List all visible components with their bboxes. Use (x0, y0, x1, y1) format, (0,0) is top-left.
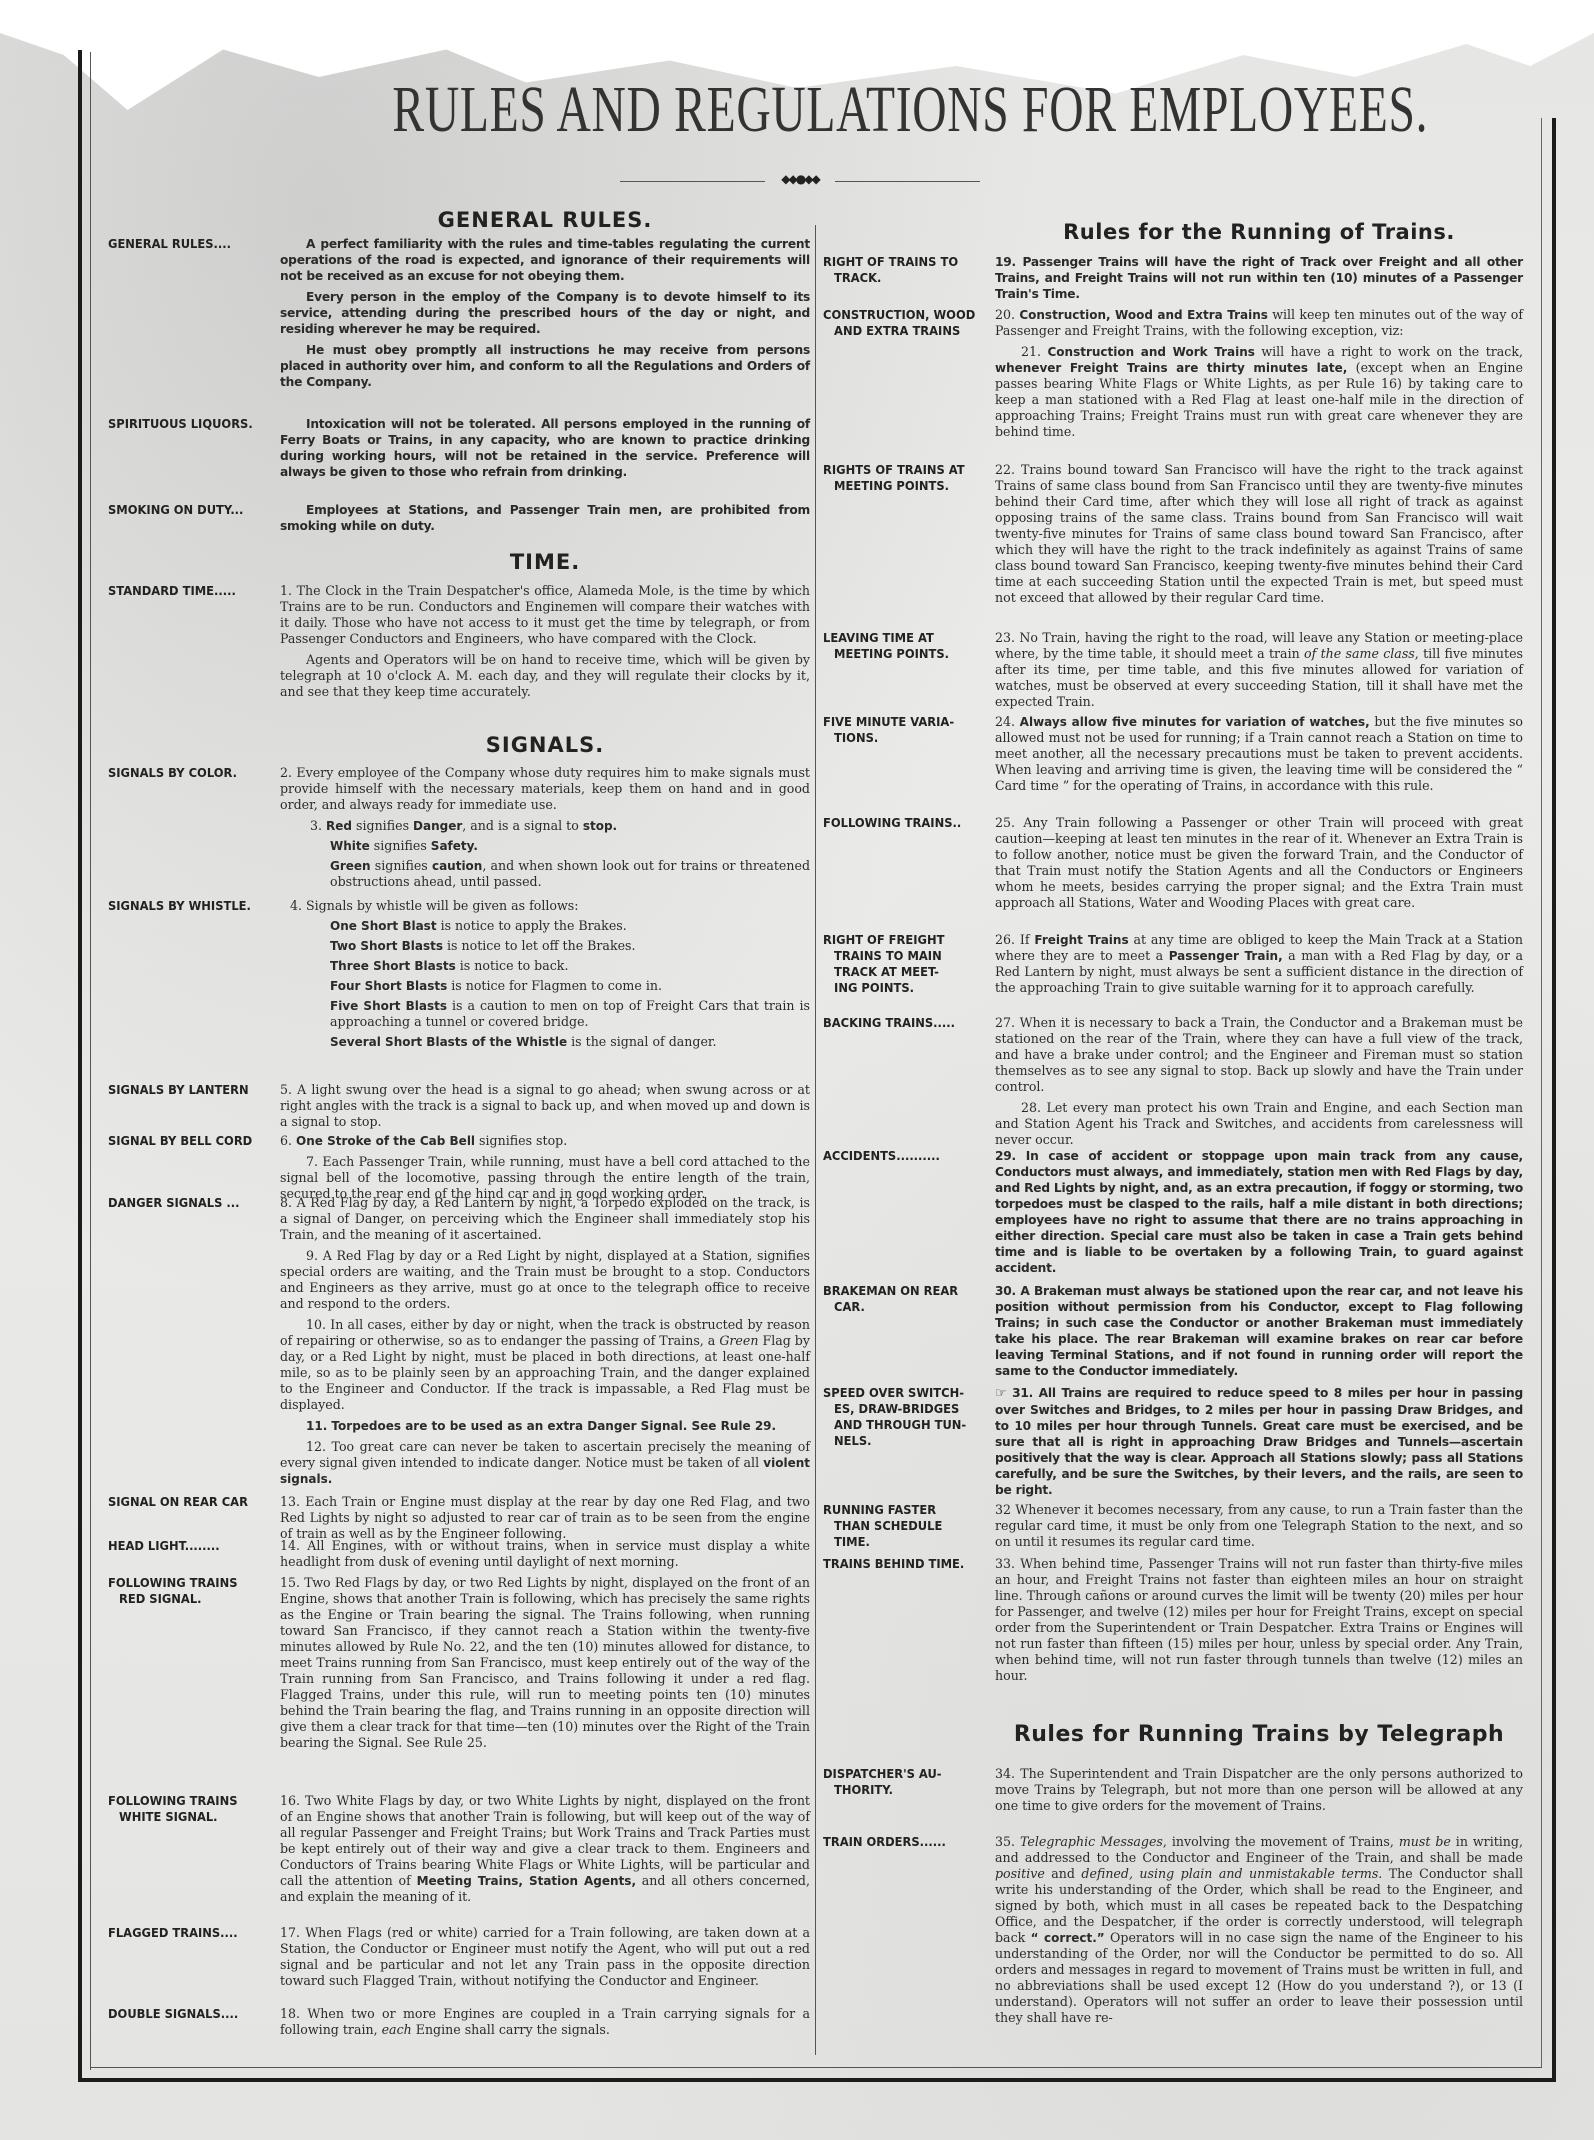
whistle-signal-item: One Short Blast is notice to apply the B… (280, 918, 810, 934)
rule-paragraph: 16. Two White Flags by day, or two White… (280, 1793, 810, 1905)
rule-label: SMOKING ON DUTY... (108, 502, 264, 518)
rule-label: SIGNAL ON REAR CAR (108, 1494, 264, 1510)
rule-label: RIGHT OF FREIGHTTRAINS TO MAINTRACK AT M… (823, 932, 979, 996)
rule-label: SPEED OVER SWITCH-ES, DRAW-BRIDGESAND TH… (823, 1385, 979, 1449)
rule-body: 22. Trains bound toward San Francisco wi… (995, 462, 1523, 611)
title-ornament: ◆◆●◆◆ (620, 178, 980, 186)
rule-paragraph: 9. A Red Flag by day or a Red Light by n… (280, 1248, 810, 1312)
rule-label: HEAD LIGHT........ (108, 1538, 264, 1554)
pointing-hand-icon: ☞ (995, 1386, 1006, 1401)
rule-label: TRAINS BEHIND TIME. (823, 1556, 979, 1572)
rule-paragraph: 19. Passenger Trains will have the right… (995, 254, 1523, 302)
rule-paragraph: 25. Any Train following a Passenger or o… (995, 815, 1523, 911)
rule-paragraph: He must obey promptly all instructions h… (280, 342, 810, 390)
rule-label: LEAVING TIME ATMEETING POINTS. (823, 630, 979, 662)
rule-paragraph: 24. Always allow five minutes for variat… (995, 714, 1523, 794)
rule-body: 4. Signals by whistle will be given as f… (280, 898, 810, 1054)
column-divider (815, 225, 816, 2055)
rule-body: 17. When Flags (red or white) carried fo… (280, 1925, 810, 1994)
rule-paragraph: 29. In case of accident or stoppage upon… (995, 1148, 1523, 1276)
rule-label: DISPATCHER'S AU-THORITY. (823, 1766, 979, 1798)
rule-paragraph: 6. One Stroke of the Cab Bell signifies … (280, 1133, 810, 1149)
rule-paragraph: 28. Let every man protect his own Train … (995, 1100, 1523, 1148)
rule-paragraph: 4. Signals by whistle will be given as f… (280, 898, 810, 914)
rule-paragraph: 5. A light swung over the head is a sign… (280, 1082, 810, 1130)
signal-green: Green signifies caution, and when shown … (280, 858, 810, 890)
rule-paragraph: 18. When two or more Engines are coupled… (280, 2006, 810, 2038)
rule-paragraph: 2. Every employee of the Company whose d… (280, 765, 810, 813)
ornament-diamonds-icon: ◆◆●◆◆ (765, 172, 835, 186)
frame-border-right-thin (1541, 118, 1542, 2068)
frame-border-left-thick (78, 50, 82, 2080)
rule-body: 2. Every employee of the Company whose d… (280, 765, 810, 894)
whistle-signal-item: Two Short Blasts is notice to let off th… (280, 938, 810, 954)
heading-general-rules: GENERAL RULES. (280, 208, 810, 232)
rule-paragraph: 26. If Freight Trains at any time are ob… (995, 932, 1523, 996)
rule-paragraph: 30. A Brakeman must always be stationed … (995, 1283, 1523, 1379)
rule-body: 24. Always allow five minutes for variat… (995, 714, 1523, 799)
frame-border-bottom-thick (78, 2078, 1556, 2082)
heading-running-by-telegraph: Rules for Running Trains by Telegraph (995, 1722, 1523, 1747)
heading-running-of-trains: Rules for the Running of Trains. (995, 220, 1523, 244)
rule-body: 18. When two or more Engines are coupled… (280, 2006, 810, 2043)
rule-paragraph: Intoxication will not be tolerated. All … (280, 416, 810, 480)
rule-body: 20. Construction, Wood and Extra Trains … (995, 307, 1523, 445)
rule-body: 8. A Red Flag by day, a Red Lantern by n… (280, 1195, 810, 1492)
rule-body: 34. The Superintendent and Train Dispatc… (995, 1766, 1523, 1819)
rule-label: RIGHT OF TRAINS TOTRACK. (823, 254, 979, 286)
rule-paragraph: 34. The Superintendent and Train Dispatc… (995, 1766, 1523, 1814)
rule-label: BACKING TRAINS..... (823, 1015, 979, 1031)
heading-time: TIME. (280, 550, 810, 574)
heading-signals: SIGNALS. (280, 733, 810, 757)
rule-paragraph: A perfect familiarity with the rules and… (280, 236, 810, 284)
rule-label: SIGNALS BY COLOR. (108, 765, 264, 781)
rule-label: DOUBLE SIGNALS.... (108, 2006, 264, 2022)
ornament-rule-right (835, 181, 980, 182)
rule-body: 1. The Clock in the Train Despatcher's o… (280, 583, 810, 705)
rule-body: A perfect familiarity with the rules and… (280, 236, 810, 395)
signal-white: White signifies Safety. (280, 838, 810, 854)
rule-paragraph: 35. Telegraphic Messages, involving the … (995, 1834, 1523, 2026)
rule-body: 26. If Freight Trains at any time are ob… (995, 932, 1523, 1001)
rule-paragraph: 20. Construction, Wood and Extra Trains … (995, 307, 1523, 339)
rule-paragraph: 32 Whenever it becomes necessary, from a… (995, 1502, 1523, 1550)
rule-label: FOLLOWING TRAINS.. (823, 815, 979, 831)
whistle-signal-item: Several Short Blasts of the Whistle is t… (280, 1034, 810, 1050)
rule-label: CONSTRUCTION, WOODAND EXTRA TRAINS (823, 307, 979, 339)
whistle-signal-item: Five Short Blasts is a caution to men on… (280, 998, 810, 1030)
rule-label: FOLLOWING TRAINSRED SIGNAL. (108, 1575, 264, 1607)
rule-paragraph: 22. Trains bound toward San Francisco wi… (995, 462, 1523, 606)
rule-label: SIGNAL BY BELL CORD (108, 1133, 264, 1149)
rule-paragraph: 1. The Clock in the Train Despatcher's o… (280, 583, 810, 647)
rule-body: 27. When it is necessary to back a Train… (995, 1015, 1523, 1153)
rule-body: 25. Any Train following a Passenger or o… (995, 815, 1523, 916)
rule-paragraph: Employees at Stations, and Passenger Tra… (280, 502, 810, 534)
ornament-rule-left (620, 181, 765, 182)
frame-border-bottom-thin (90, 2067, 1542, 2068)
whistle-signal-item: Four Short Blasts is notice for Flagmen … (280, 978, 810, 994)
rule-paragraph: 21. Construction and Work Trains will ha… (995, 344, 1523, 440)
rule-body: ☞ 31. All Trains are required to reduce … (995, 1385, 1523, 1503)
rule-label: FIVE MINUTE VARIA-TIONS. (823, 714, 979, 746)
rule-label: SPIRITUOUS LIQUORS. (108, 416, 264, 432)
rule-label: BRAKEMAN ON REARCAR. (823, 1283, 979, 1315)
rule-paragraph: 15. Two Red Flags by day, or two Red Lig… (280, 1575, 810, 1751)
rule-label: FOLLOWING TRAINSWHITE SIGNAL. (108, 1793, 264, 1825)
rule-paragraph: 33. When behind time, Passenger Trains w… (995, 1556, 1523, 1684)
rule-paragraph: Agents and Operators will be on hand to … (280, 652, 810, 700)
rule-body: 19. Passenger Trains will have the right… (995, 254, 1523, 307)
rule-paragraph: 27. When it is necessary to back a Train… (995, 1015, 1523, 1095)
rule-paragraph: 12. Too great care can never be taken to… (280, 1439, 810, 1487)
rule-paragraph: Every person in the employ of the Compan… (280, 289, 810, 337)
rule-body: 32 Whenever it becomes necessary, from a… (995, 1502, 1523, 1555)
rule-paragraph: 17. When Flags (red or white) carried fo… (280, 1925, 810, 1989)
page-title: RULES AND REGULATIONS FOR EMPLOYEES. (392, 72, 1227, 148)
signal-red: 3. Red signifies Danger, and is a signal… (280, 818, 810, 834)
rule-label: GENERAL RULES.... (108, 236, 264, 252)
rule-body: 35. Telegraphic Messages, involving the … (995, 1834, 1523, 2031)
rule-label: SIGNALS BY WHISTLE. (108, 898, 264, 914)
rule-label: SIGNALS BY LANTERN (108, 1082, 264, 1098)
rule-body: 29. In case of accident or stoppage upon… (995, 1148, 1523, 1281)
rule-label: DANGER SIGNALS ... (108, 1195, 264, 1211)
rule-label: FLAGGED TRAINS.... (108, 1925, 264, 1941)
rule-label: RUNNING FASTERTHAN SCHEDULETIME. (823, 1502, 979, 1550)
rule-label: ACCIDENTS.......... (823, 1148, 979, 1164)
rule-body: Employees at Stations, and Passenger Tra… (280, 502, 810, 539)
whistle-signal-list: One Short Blast is notice to apply the B… (280, 918, 810, 1050)
rule-body: 16. Two White Flags by day, or two White… (280, 1793, 810, 1910)
rule-body: Intoxication will not be tolerated. All … (280, 416, 810, 485)
rule-body: 30. A Brakeman must always be stationed … (995, 1283, 1523, 1384)
rule-body: 23. No Train, having the right to the ro… (995, 630, 1523, 715)
rule-label: STANDARD TIME..... (108, 583, 264, 599)
rule-paragraph: ☞ 31. All Trains are required to reduce … (995, 1385, 1523, 1498)
rule-label: TRAIN ORDERS...... (823, 1834, 979, 1850)
rule-paragraph: 23. No Train, having the right to the ro… (995, 630, 1523, 710)
rule-paragraph: 13. Each Train or Engine must display at… (280, 1494, 810, 1542)
rule-paragraph: 10. In all cases, either by day or night… (280, 1317, 810, 1413)
frame-border-left-thin (90, 52, 91, 2070)
whistle-signal-item: Three Short Blasts is notice to back. (280, 958, 810, 974)
rule-label: RIGHTS OF TRAINS ATMEETING POINTS. (823, 462, 979, 494)
rule-body: 15. Two Red Flags by day, or two Red Lig… (280, 1575, 810, 1756)
rule-paragraph: 14. All Engines, with or without trains,… (280, 1538, 810, 1570)
frame-border-right-thick (1552, 118, 1556, 2080)
rule-body: 14. All Engines, with or without trains,… (280, 1538, 810, 1575)
rule-paragraph: 8. A Red Flag by day, a Red Lantern by n… (280, 1195, 810, 1243)
rule-body: 5. A light swung over the head is a sign… (280, 1082, 810, 1135)
rule-body: 33. When behind time, Passenger Trains w… (995, 1556, 1523, 1689)
rule-paragraph: 11. Torpedoes are to be used as an extra… (280, 1418, 810, 1434)
